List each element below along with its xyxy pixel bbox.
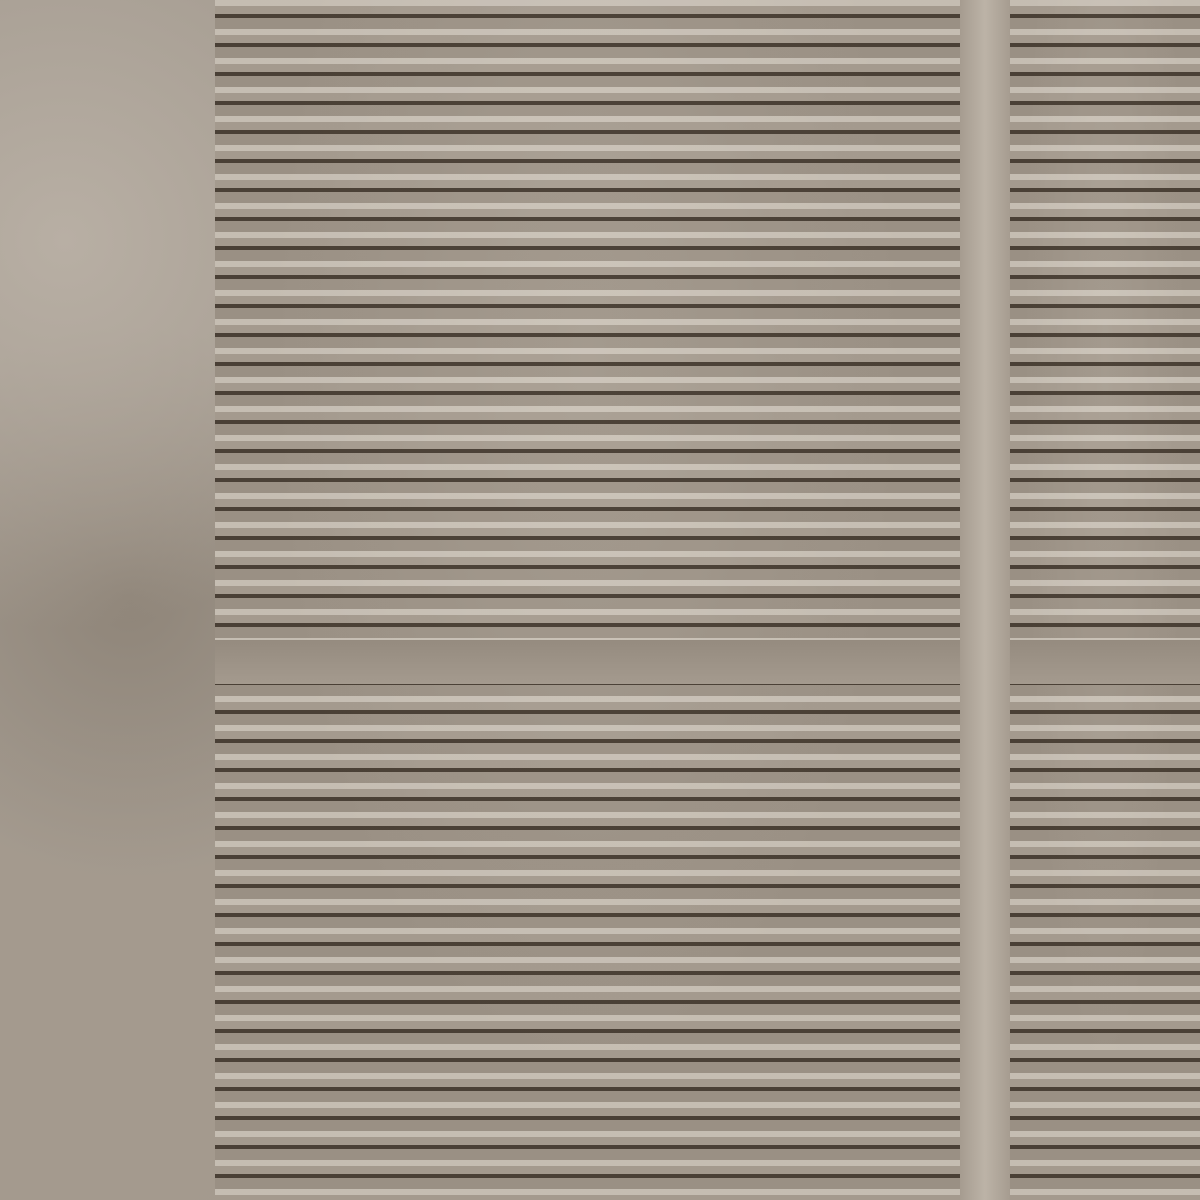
smooth-plaster-region xyxy=(0,0,215,1200)
ribbed-panel-right xyxy=(1010,0,1200,1200)
concrete-wall-photo xyxy=(0,0,1200,1200)
ribbed-panel-main xyxy=(215,0,960,1200)
horizontal-band-right xyxy=(1010,640,1200,684)
vertical-seam xyxy=(960,0,1010,1200)
horizontal-band-main xyxy=(215,640,960,684)
